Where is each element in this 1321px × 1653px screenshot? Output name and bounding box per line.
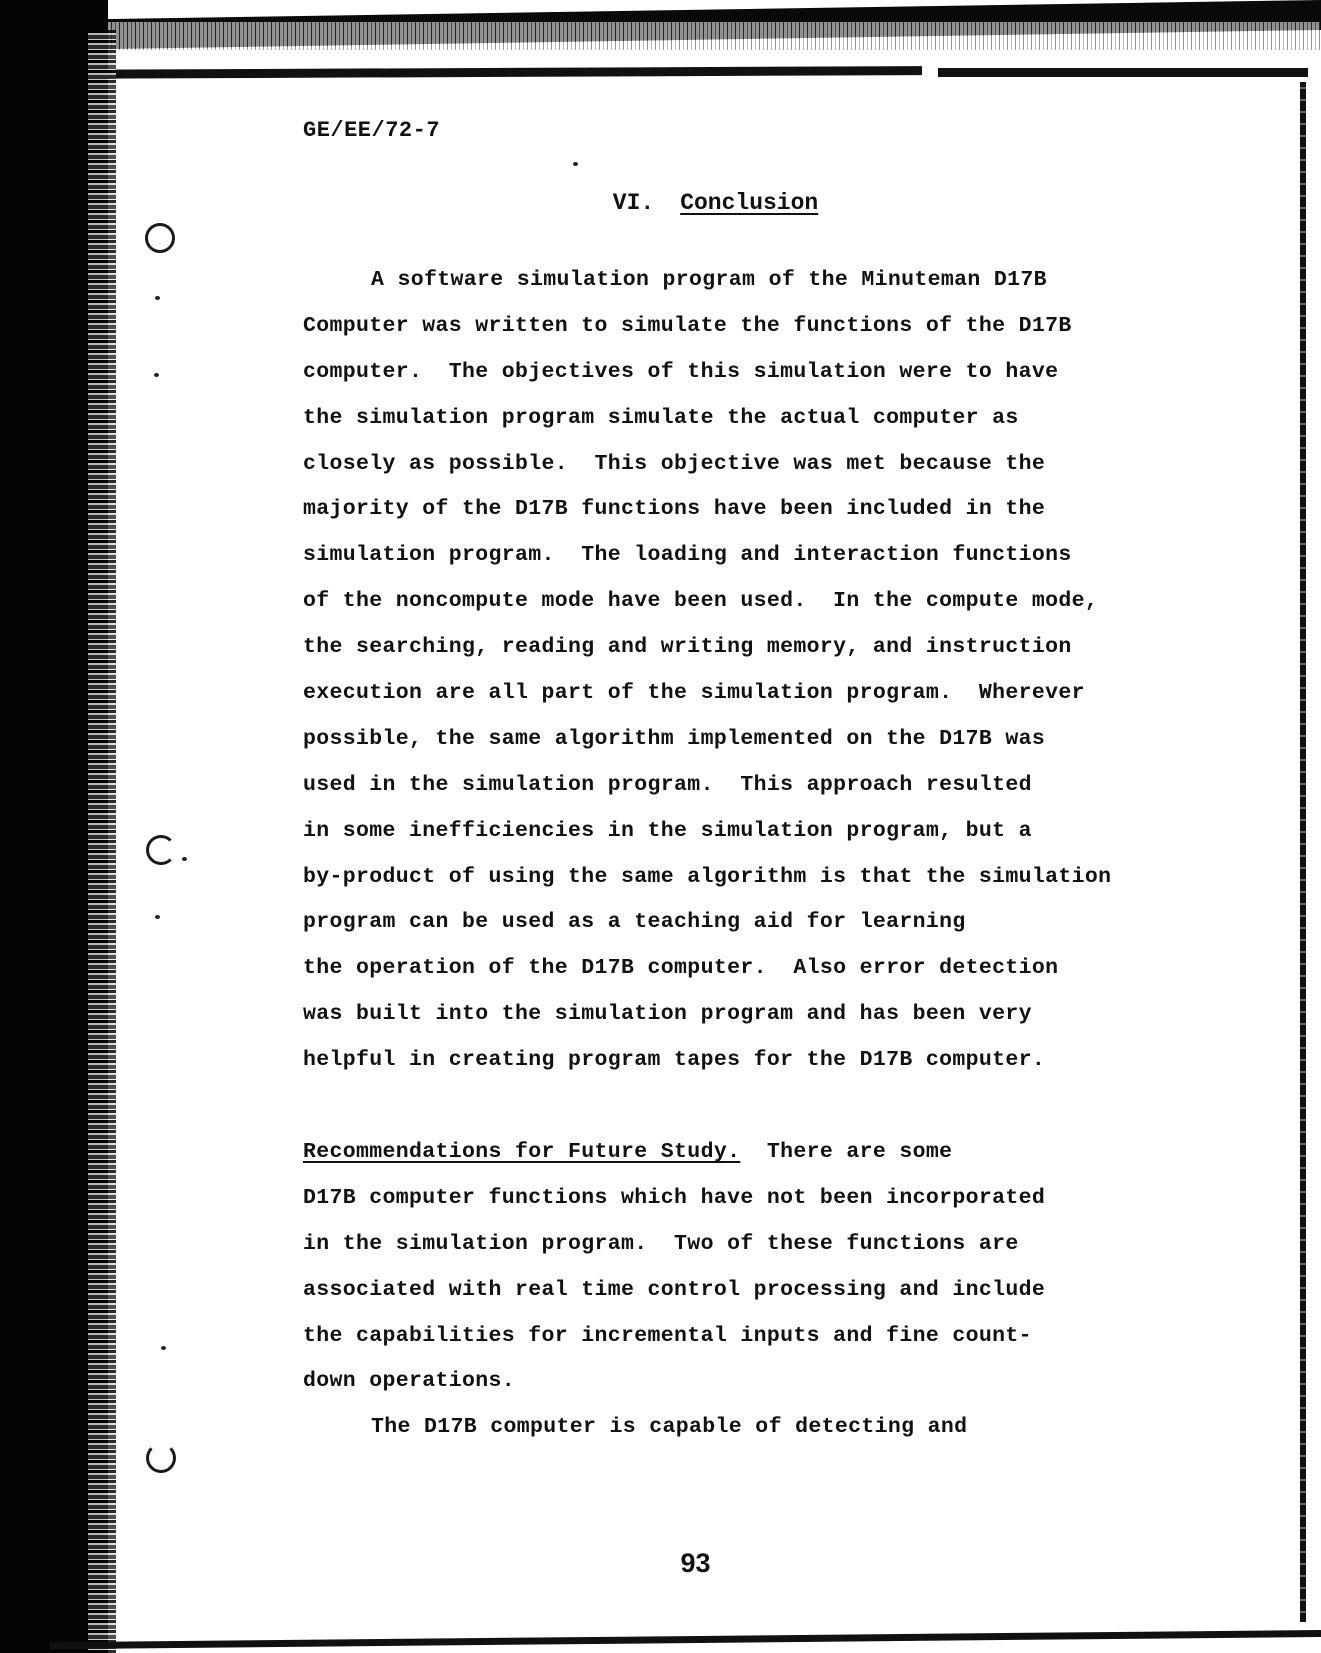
text-line: majority of the D17B functions have been… [303,487,1133,533]
scan-rule-top-right [938,68,1308,77]
speck [182,857,187,861]
section-number: VI. [613,190,654,216]
text-line: the simulation program simulate the actu… [303,396,1133,442]
speck [154,373,159,377]
scan-border-right [1300,82,1306,1622]
subsection-heading: Recommendations for Future Study. [303,1140,740,1164]
scan-noise-left [88,30,116,1653]
text-line: closely as possible. This objective was … [303,442,1133,488]
text-line: the searching, reading and writing memor… [303,625,1133,671]
text-line: Computer was written to simulate the fun… [303,304,1133,350]
punch-hole-icon [146,1443,176,1473]
text-line: simulation program. The loading and inte… [303,533,1133,579]
paragraph-gap [303,1084,1133,1130]
document-id: GE/EE/72-7 [303,118,440,143]
section-title: Conclusion [680,190,818,216]
punch-hole-icon [145,223,175,253]
text-line: the operation of the D17B computer. Also… [303,946,1133,992]
page-number: 93 [0,1548,1321,1579]
text-line: computer. The objectives of this simulat… [303,350,1133,396]
text-line: associated with real time control proces… [303,1268,1133,1314]
speck [573,162,578,166]
speck [155,915,160,919]
text-line: of the noncompute mode have been used. I… [303,579,1133,625]
text-line: down operations. [303,1359,1133,1405]
text-line: execution are all part of the simulation… [303,671,1133,717]
scan-border-bottom [50,1630,1321,1649]
text-line: The D17B computer is capable of detectin… [303,1405,1133,1451]
text-line: by-product of using the same algorithm i… [303,855,1133,901]
punch-hole-icon [146,835,176,865]
section-heading: VI.Conclusion [0,190,1321,216]
text-line: possible, the same algorithm implemented… [303,717,1133,763]
text-line: program can be used as a teaching aid fo… [303,900,1133,946]
text-fragment: There are some [740,1140,952,1164]
speck [161,1346,166,1350]
body-text: A software simulation program of the Min… [303,258,1133,1451]
text-line: in the simulation program. Two of these … [303,1222,1133,1268]
text-line: the capabilities for incremental inputs … [303,1314,1133,1360]
text-line: helpful in creating program tapes for th… [303,1038,1133,1084]
text-line: was built into the simulation program an… [303,992,1133,1038]
speck [155,296,160,300]
scan-noise-top [40,22,1320,50]
text-line: Recommendations for Future Study. There … [303,1130,1133,1176]
text-line: D17B computer functions which have not b… [303,1176,1133,1222]
text-line: A software simulation program of the Min… [303,258,1133,304]
scan-rule-top-left [42,66,922,79]
text-line: used in the simulation program. This app… [303,763,1133,809]
text-line: in some inefficiencies in the simulation… [303,809,1133,855]
